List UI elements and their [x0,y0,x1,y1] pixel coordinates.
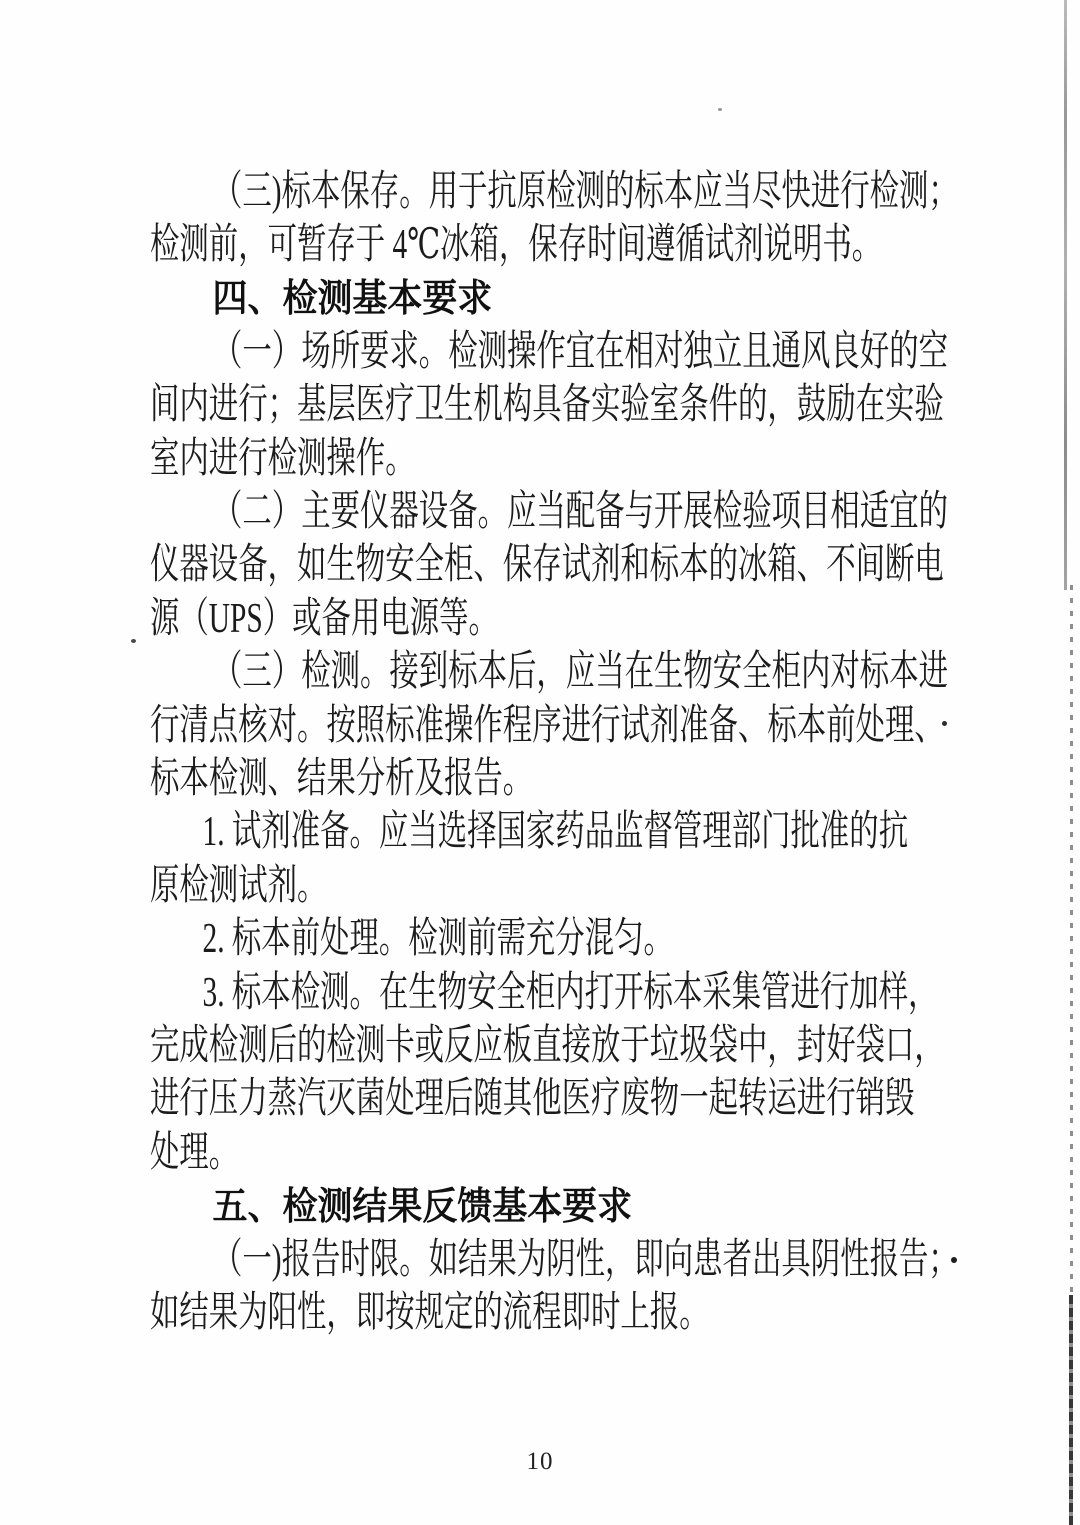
scan-speckle [951,1257,957,1263]
section-heading: 四、检测基本要求 [150,268,978,321]
text-line: 室内进行检测操作。 [150,428,780,481]
text-line: 仪器设备，如生物安全柜、保存试剂和标本的冰箱、不间断电 [150,535,780,588]
text-line: 完成检测后的检测卡或反应板直接放于垃圾袋中，封好袋口， [150,1015,780,1068]
text-line: （三)标本保存。用于抗原检测的标本应当尽快进行检测； [150,161,780,214]
scan-speckle [718,108,722,111]
document-text: （三)标本保存。用于抗原检测的标本应当尽快进行检测；检测前，可暂存于 4℃冰箱，… [150,161,1050,1336]
text-line: 2. 标本前处理。检测前需充分混匀。 [150,908,780,961]
scan-artifact-line-bottom [1069,1295,1073,1525]
text-line: 行清点核对。按照标准操作程序进行试剂准备、标本前处理、 [150,695,780,748]
text-line: 间内进行；基层医疗卫生机构具备实验室条件的，鼓励在实验 [150,375,780,428]
footer-page-number: 10 [0,1448,1080,1476]
scan-artifact-line-middle [1070,585,1073,1295]
text-line: 标本检测、结果分析及报告。 [150,748,780,801]
text-line: （一）场所要求。检测操作宜在相对独立且通风良好的空 [150,321,780,374]
text-line: 源（UPS）或备用电源等。 [150,588,780,641]
text-line: （一)报告时限。如结果为阴性，即向患者出具阴性报告； [150,1229,780,1282]
scan-speckle [942,721,947,726]
scan-artifact-line-top [1064,0,1067,590]
text-line: 检测前，可暂存于 4℃冰箱，保存时间遵循试剂说明书。 [150,214,780,267]
text-line: （二）主要仪器设备。应当配备与开展检验项目相适宜的 [150,481,780,534]
text-line: 进行压力蒸汽灭菌处理后随其他医疗废物一起转运进行销毁 [150,1069,780,1122]
scanned-page: （三)标本保存。用于抗原检测的标本应当尽快进行检测；检测前，可暂存于 4℃冰箱，… [0,0,1080,1525]
scan-speckle [131,639,136,643]
text-line: 3. 标本检测。在生物安全柜内打开标本采集管进行加样， [150,962,780,1015]
text-line: 如结果为阳性，即按规定的流程即时上报。 [150,1282,780,1335]
text-line: 处理。 [150,1122,780,1175]
text-line: 原检测试剂。 [150,855,780,908]
section-heading: 五、检测结果反馈基本要求 [150,1175,978,1228]
text-line: 1. 试剂准备。应当选择国家药品监督管理部门批准的抗 [150,802,780,855]
text-line: （三）检测。接到标本后，应当在生物安全柜内对标本进 [150,642,780,695]
